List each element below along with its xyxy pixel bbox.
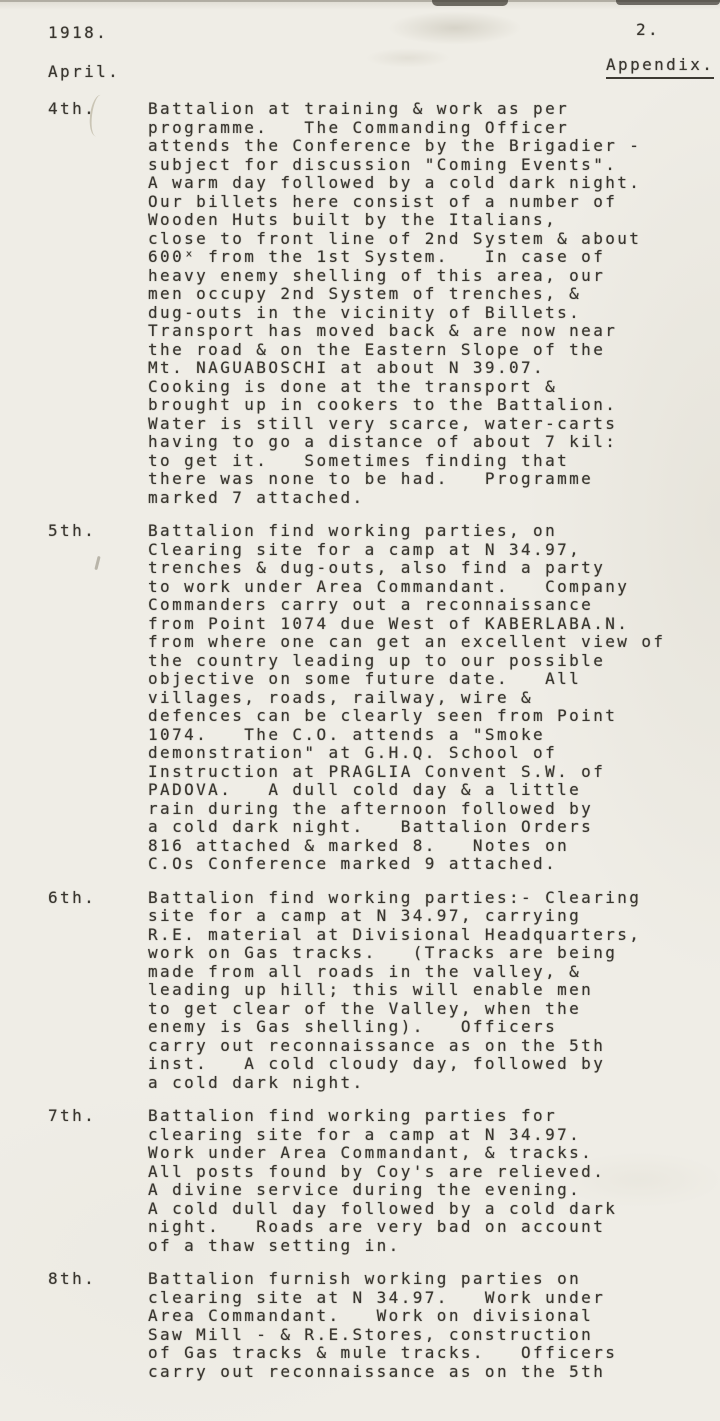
entry-date: 5th. (48, 522, 148, 874)
diary-entry-7th: 7th. Battalion find working parties for … (48, 1107, 696, 1255)
entry-text: Battalion at training & work as per prog… (148, 100, 696, 507)
war-diary-scan: { "header": { "year": "1918.", "page_num… (0, 0, 720, 1421)
scan-edge-blob (432, 0, 508, 6)
entry-date: 6th. (48, 889, 148, 1093)
entry-text: Battalion furnish working parties on cle… (148, 1270, 696, 1381)
diary-entry-8th: 8th. Battalion furnish working parties o… (48, 1270, 696, 1381)
diary-entry-4th: 4th. Battalion at training & work as per… (48, 100, 696, 507)
entry-date: 7th. (48, 1107, 148, 1255)
entry-text: Battalion find working parties for clear… (148, 1107, 696, 1255)
entry-text: Battalion find working parties, on Clear… (148, 522, 696, 874)
entry-date: 8th. (48, 1270, 148, 1381)
scan-top-edge-artifact (0, 0, 720, 2)
page-number: 2. (636, 21, 660, 40)
appendix-label: Appendix. (606, 56, 714, 79)
diary-entries: 4th. Battalion at training & work as per… (48, 100, 696, 1396)
diary-entry-5th: 5th. Battalion find working parties, on … (48, 522, 696, 874)
month-label: April. (48, 63, 120, 82)
entry-date: 4th. (48, 100, 148, 507)
scan-edge-blob (616, 0, 720, 5)
entry-text: Battalion find working parties:- Clearin… (148, 889, 696, 1093)
year-label: 1918. (48, 24, 108, 43)
diary-entry-6th: 6th. Battalion find working parties:- Cl… (48, 889, 696, 1093)
